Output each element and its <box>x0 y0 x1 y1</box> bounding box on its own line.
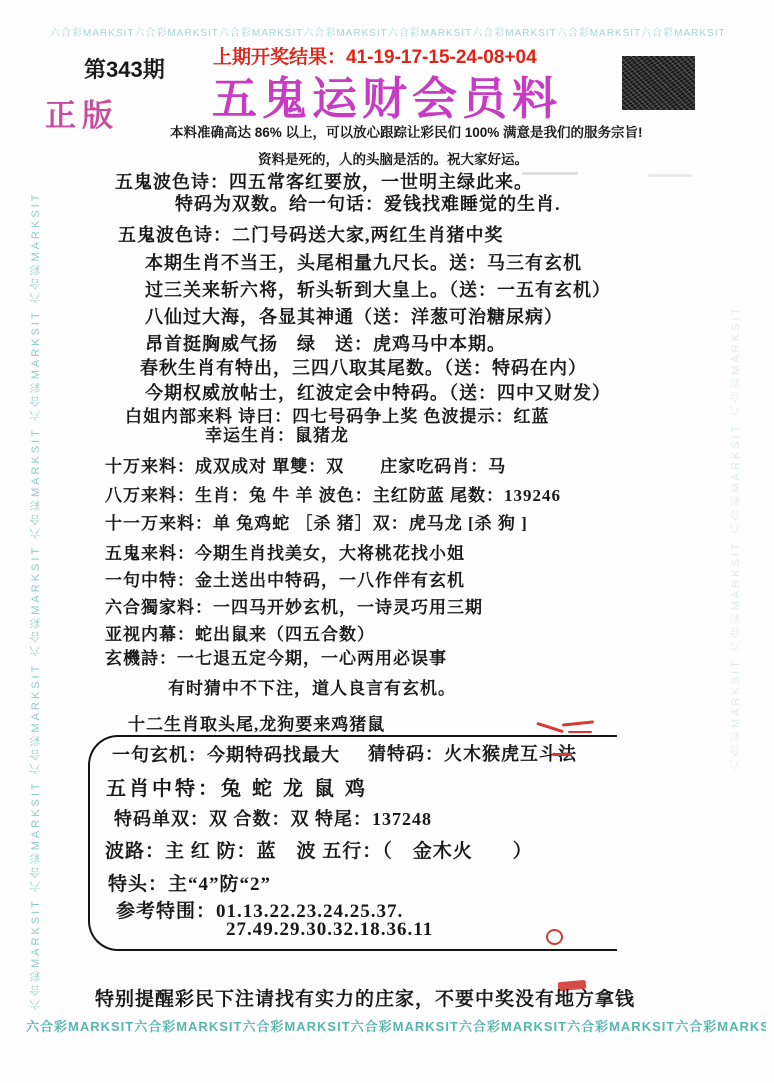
edition-label: 正版 <box>45 90 119 135</box>
tip-line-110k: 十一万来料：单 兔鸡蛇 ［杀 猪］双：虎马龙 [杀 狗 ] <box>105 509 528 534</box>
box-xuanji: 一句玄机：今期特码找最大 <box>112 741 340 767</box>
slogan-accuracy: 本料准确高达 86% 以上，可以放心跟踪让彩民们 100% 满意是我们的服务宗旨… <box>170 121 620 141</box>
tip-line-verse-4: 昂首挺胸威气扬 绿 送：虎鸡马中本期。 <box>145 330 506 356</box>
tip-line-liuhe: 六合獨家料：一四马开妙玄机，一诗灵巧用三期 <box>105 593 483 618</box>
tip-line-verse-5: 春秋生肖有特出，三四八取其尾数。（送：特码在内） <box>140 354 587 380</box>
red-pen-mark <box>562 720 594 726</box>
box-reference-numbers-2: 27.49.29.30.32.18.36.11 <box>226 919 433 941</box>
footer-warning: 特别提醒彩民下注请找有实力的庄家，不要中奖没有地方拿钱 <box>95 984 635 1011</box>
box-guess-tema: 猜特码：火木猴虎互斗法 <box>368 740 577 766</box>
box-special-head: 特头：主“4”防“2” <box>108 869 271 896</box>
black-ink-stamp <box>622 56 695 110</box>
box-five-zodiac: 五肖中特：兔 蛇 龙 鼠 鸡 <box>106 772 368 801</box>
watermark-top: 六合彩MARKSIT六合彩MARKSIT六合彩MARKSIT六合彩MARKSIT… <box>50 24 750 39</box>
tip-line-xuanji-poem: 玄機詩：一七退五定今期，一心两用必误事 <box>105 644 447 669</box>
pencil-smudge <box>648 174 692 177</box>
slogan-goodluck: 资料是死的，人的头脑是活的。祝大家好运。 <box>258 148 522 168</box>
tip-line-verse-3: 八仙过大海，各显其神通（送：洋葱可治糖尿病） <box>145 303 563 329</box>
tip-line-lucky-zodiac: 幸运生肖：鼠猪龙 <box>205 421 349 446</box>
watermark-right: 六合彩MARKSIT 六合彩MARKSIT 六合彩MARKSIT 六合彩MARK… <box>728 130 744 770</box>
tip-line-wugui: 五鬼来料：今期生肖找美女，大将桃花找小姐 <box>105 539 465 564</box>
tip-line-verse-1: 本期生肖不当王，头尾相量九尺长。送：马三有玄机 <box>145 249 582 275</box>
tip-line-bose-poem-1b: 特码为双数。给一句话：爱钱找难睡觉的生肖. <box>175 190 561 216</box>
tip-line-xuanji-poem-2: 有时猜中不下注，道人良言有玄机。 <box>168 674 456 699</box>
tip-line-yiju: 一句中特：金土送出中特码，一八作伴有玄机 <box>105 566 465 591</box>
lottery-tip-sheet: 六合彩MARKSIT六合彩MARKSIT六合彩MARKSIT六合彩MARKSIT… <box>0 0 774 1083</box>
red-pen-mark <box>536 722 564 734</box>
tip-line-bose-poem-2: 五鬼波色诗：二门号码送大家,两红生肖猪中奖 <box>118 221 504 247</box>
tip-line-verse-2: 过三关来斩六将，斩头斩到大皇上。（送：一五有玄机） <box>145 276 611 302</box>
box-odd-even: 特码单双：双 合数：双 特尾：137248 <box>114 805 432 831</box>
tip-line-yashi: 亚视内幕：蛇出鼠来（四五合数） <box>105 620 375 645</box>
tip-line-80k: 八万来料：生肖：兔 牛 羊 波色：主红防蓝 尾数：139246 <box>105 481 561 506</box>
tip-line-zodiac-headtail: 十二生肖取头尾,龙狗要来鸡猪鼠 <box>128 710 385 735</box>
issue-number: 第343期 <box>84 53 165 84</box>
tip-line-100k: 十万来料：成双成对 單雙：双 庄家吃码肖：马 <box>105 452 506 477</box>
page-title: 五鬼运财会员料 <box>212 62 562 127</box>
box-wave-path: 波路：主 红 防：蓝 波 五行：（ 金木火 ） <box>105 836 533 863</box>
watermark-bottom: 六合彩MARKSIT六合彩MARKSIT六合彩MARKSIT六合彩MARKSIT… <box>26 1016 766 1035</box>
red-pen-circle <box>546 929 563 945</box>
watermark-left: 六合彩MARKSIT 六合彩MARKSIT 六合彩MARKSIT 六合彩MARK… <box>28 120 44 1010</box>
red-pen-mark <box>552 753 572 756</box>
red-pen-mark <box>568 731 592 733</box>
